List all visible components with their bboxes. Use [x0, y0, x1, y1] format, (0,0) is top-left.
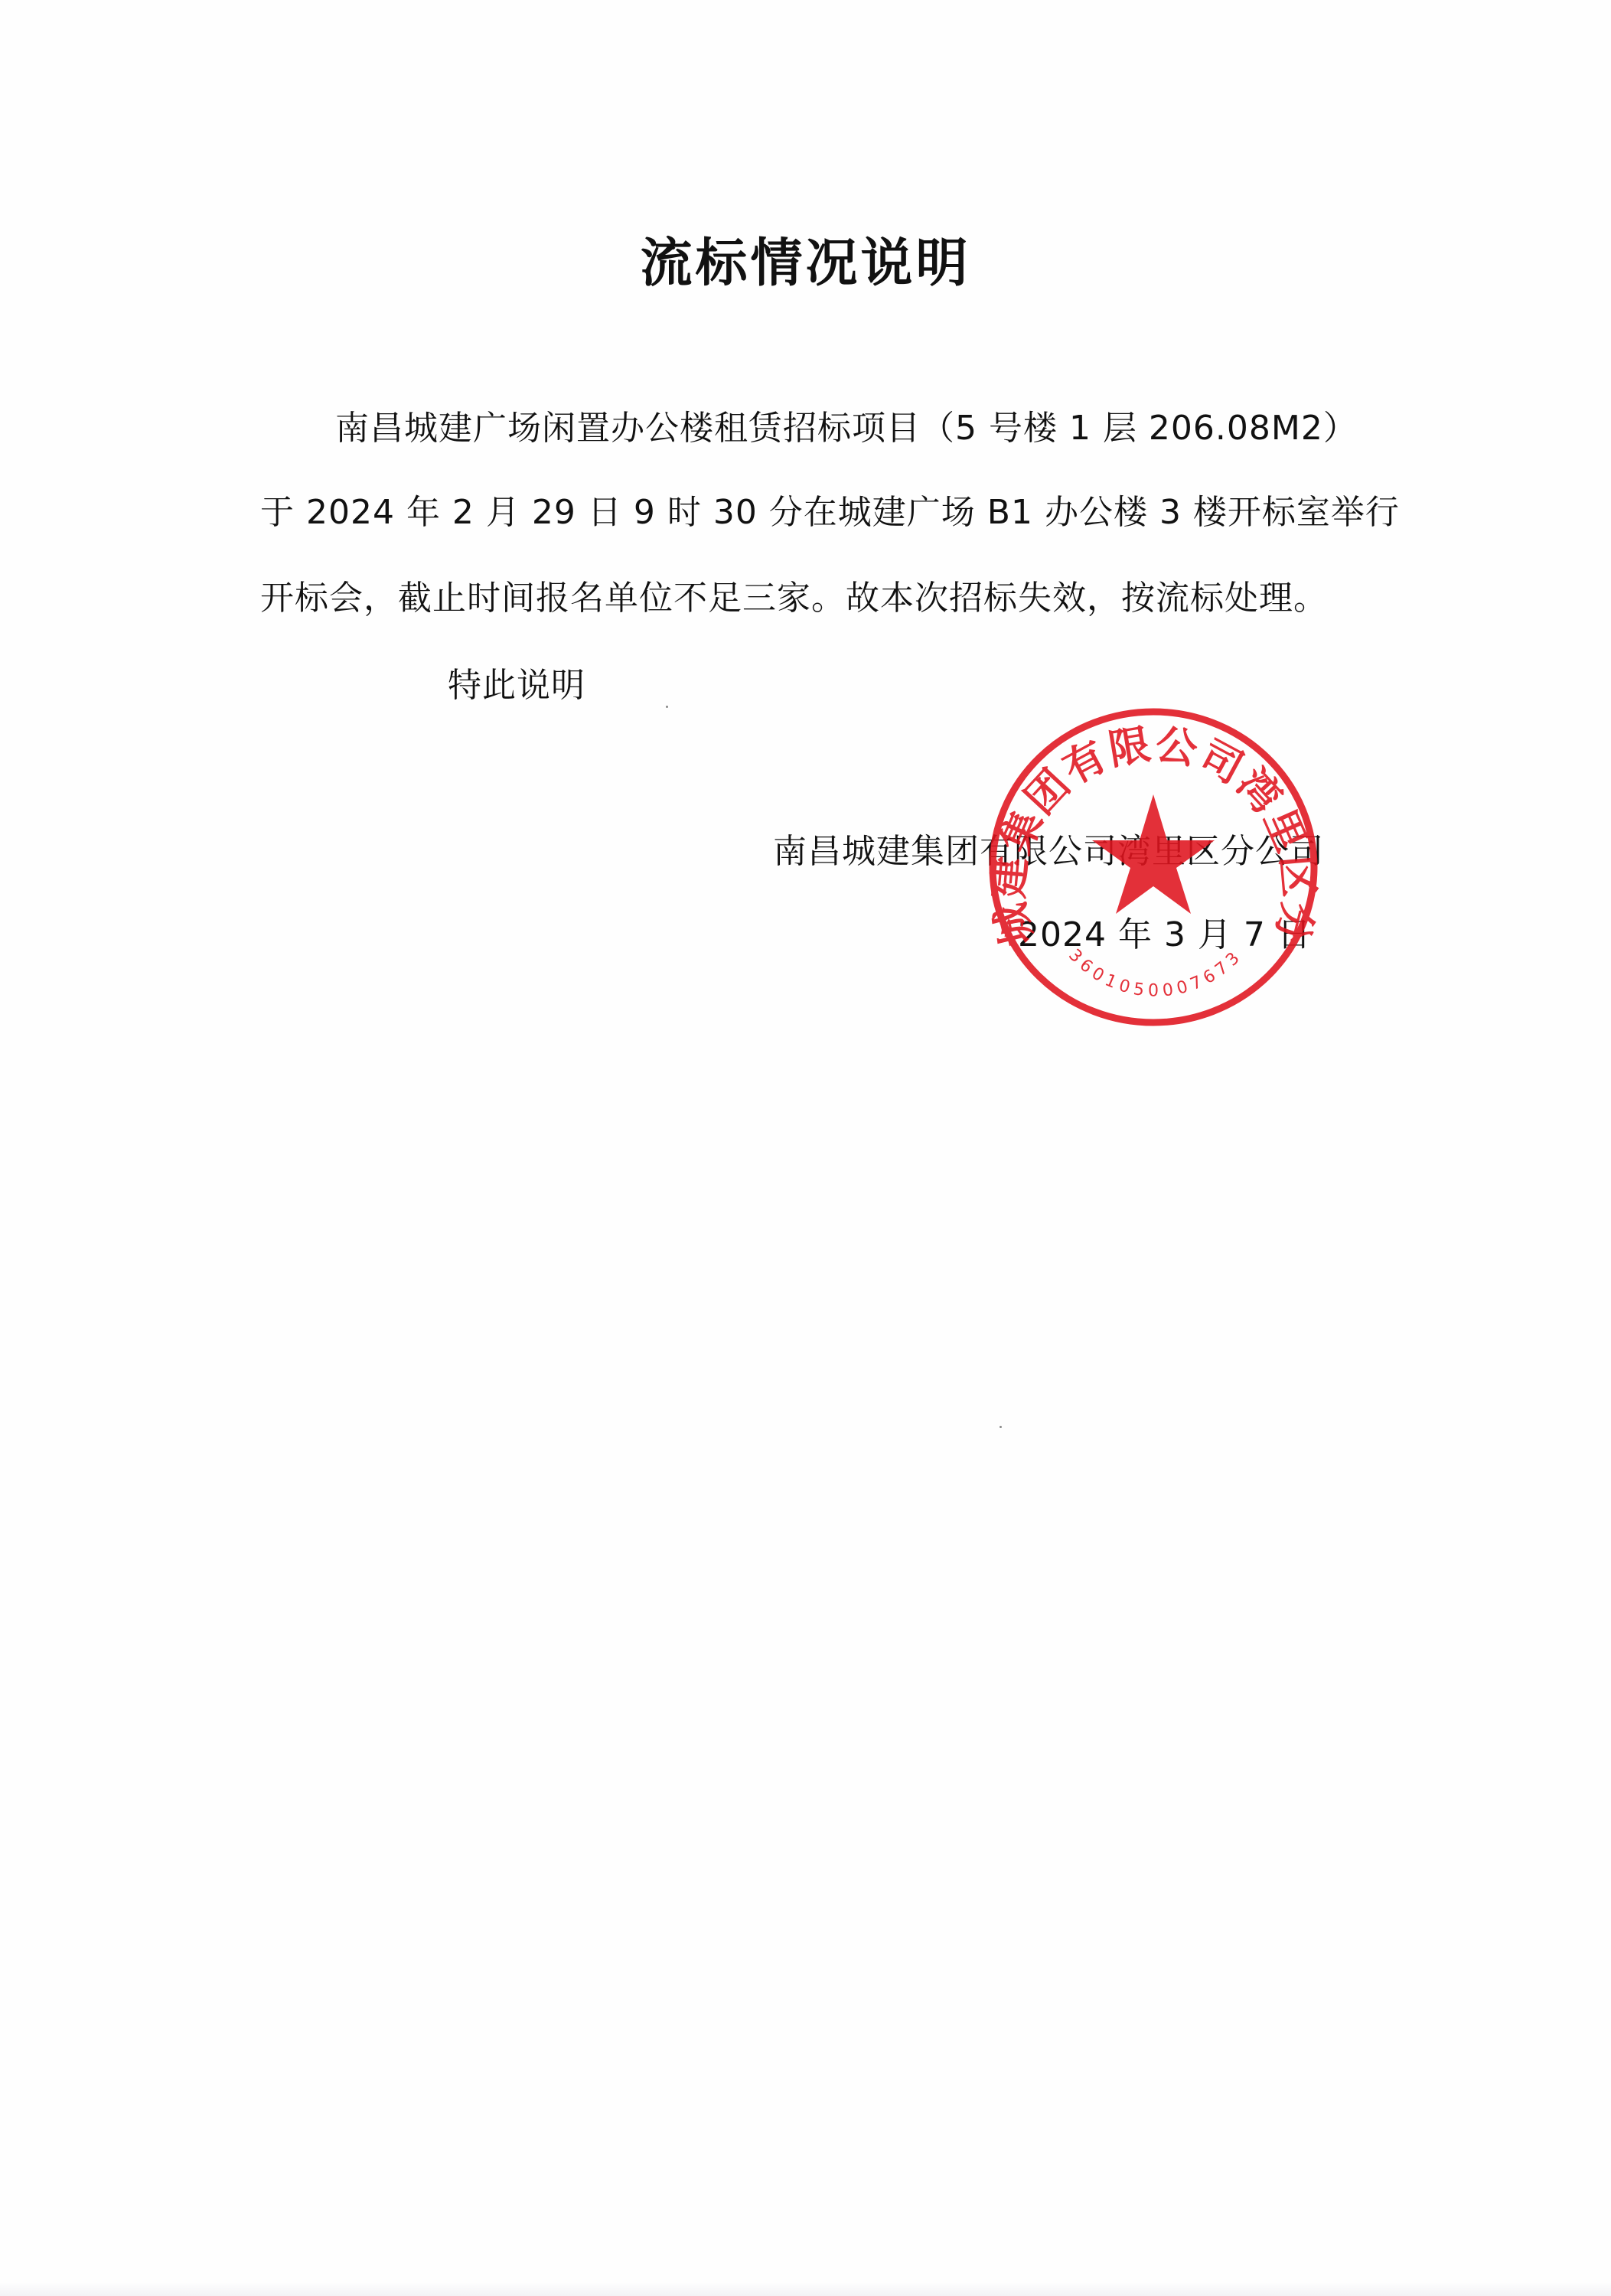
closing-remark: 特此说明 [448, 663, 585, 709]
document-title: 流标情况说明 [0, 222, 1611, 296]
body-line-1: 南昌城建广场闲置办公楼租赁招标项目（5 号楼 1 层 206.08M2） [335, 406, 1358, 452]
scan-edge [0, 2282, 1611, 2296]
body-line-2: 于 2024 年 2 月 29 日 9 时 30 分在城建广场 B1 办公楼 3… [260, 490, 1400, 536]
signature-company: 南昌城建集团有限公司湾里区分公司 [773, 829, 1324, 875]
body-line-3: 开标会，截止时间报名单位不足三家。故本次招标失效，按流标处理。 [260, 576, 1328, 621]
scan-speck [1000, 1426, 1002, 1428]
scan-speck [666, 706, 668, 708]
signature-date: 2024 年 3 月 7 日 [1018, 912, 1312, 958]
document-page: 流标情况说明 南昌城建广场闲置办公楼租赁招标项目（5 号楼 1 层 206.08… [0, 0, 1611, 2296]
